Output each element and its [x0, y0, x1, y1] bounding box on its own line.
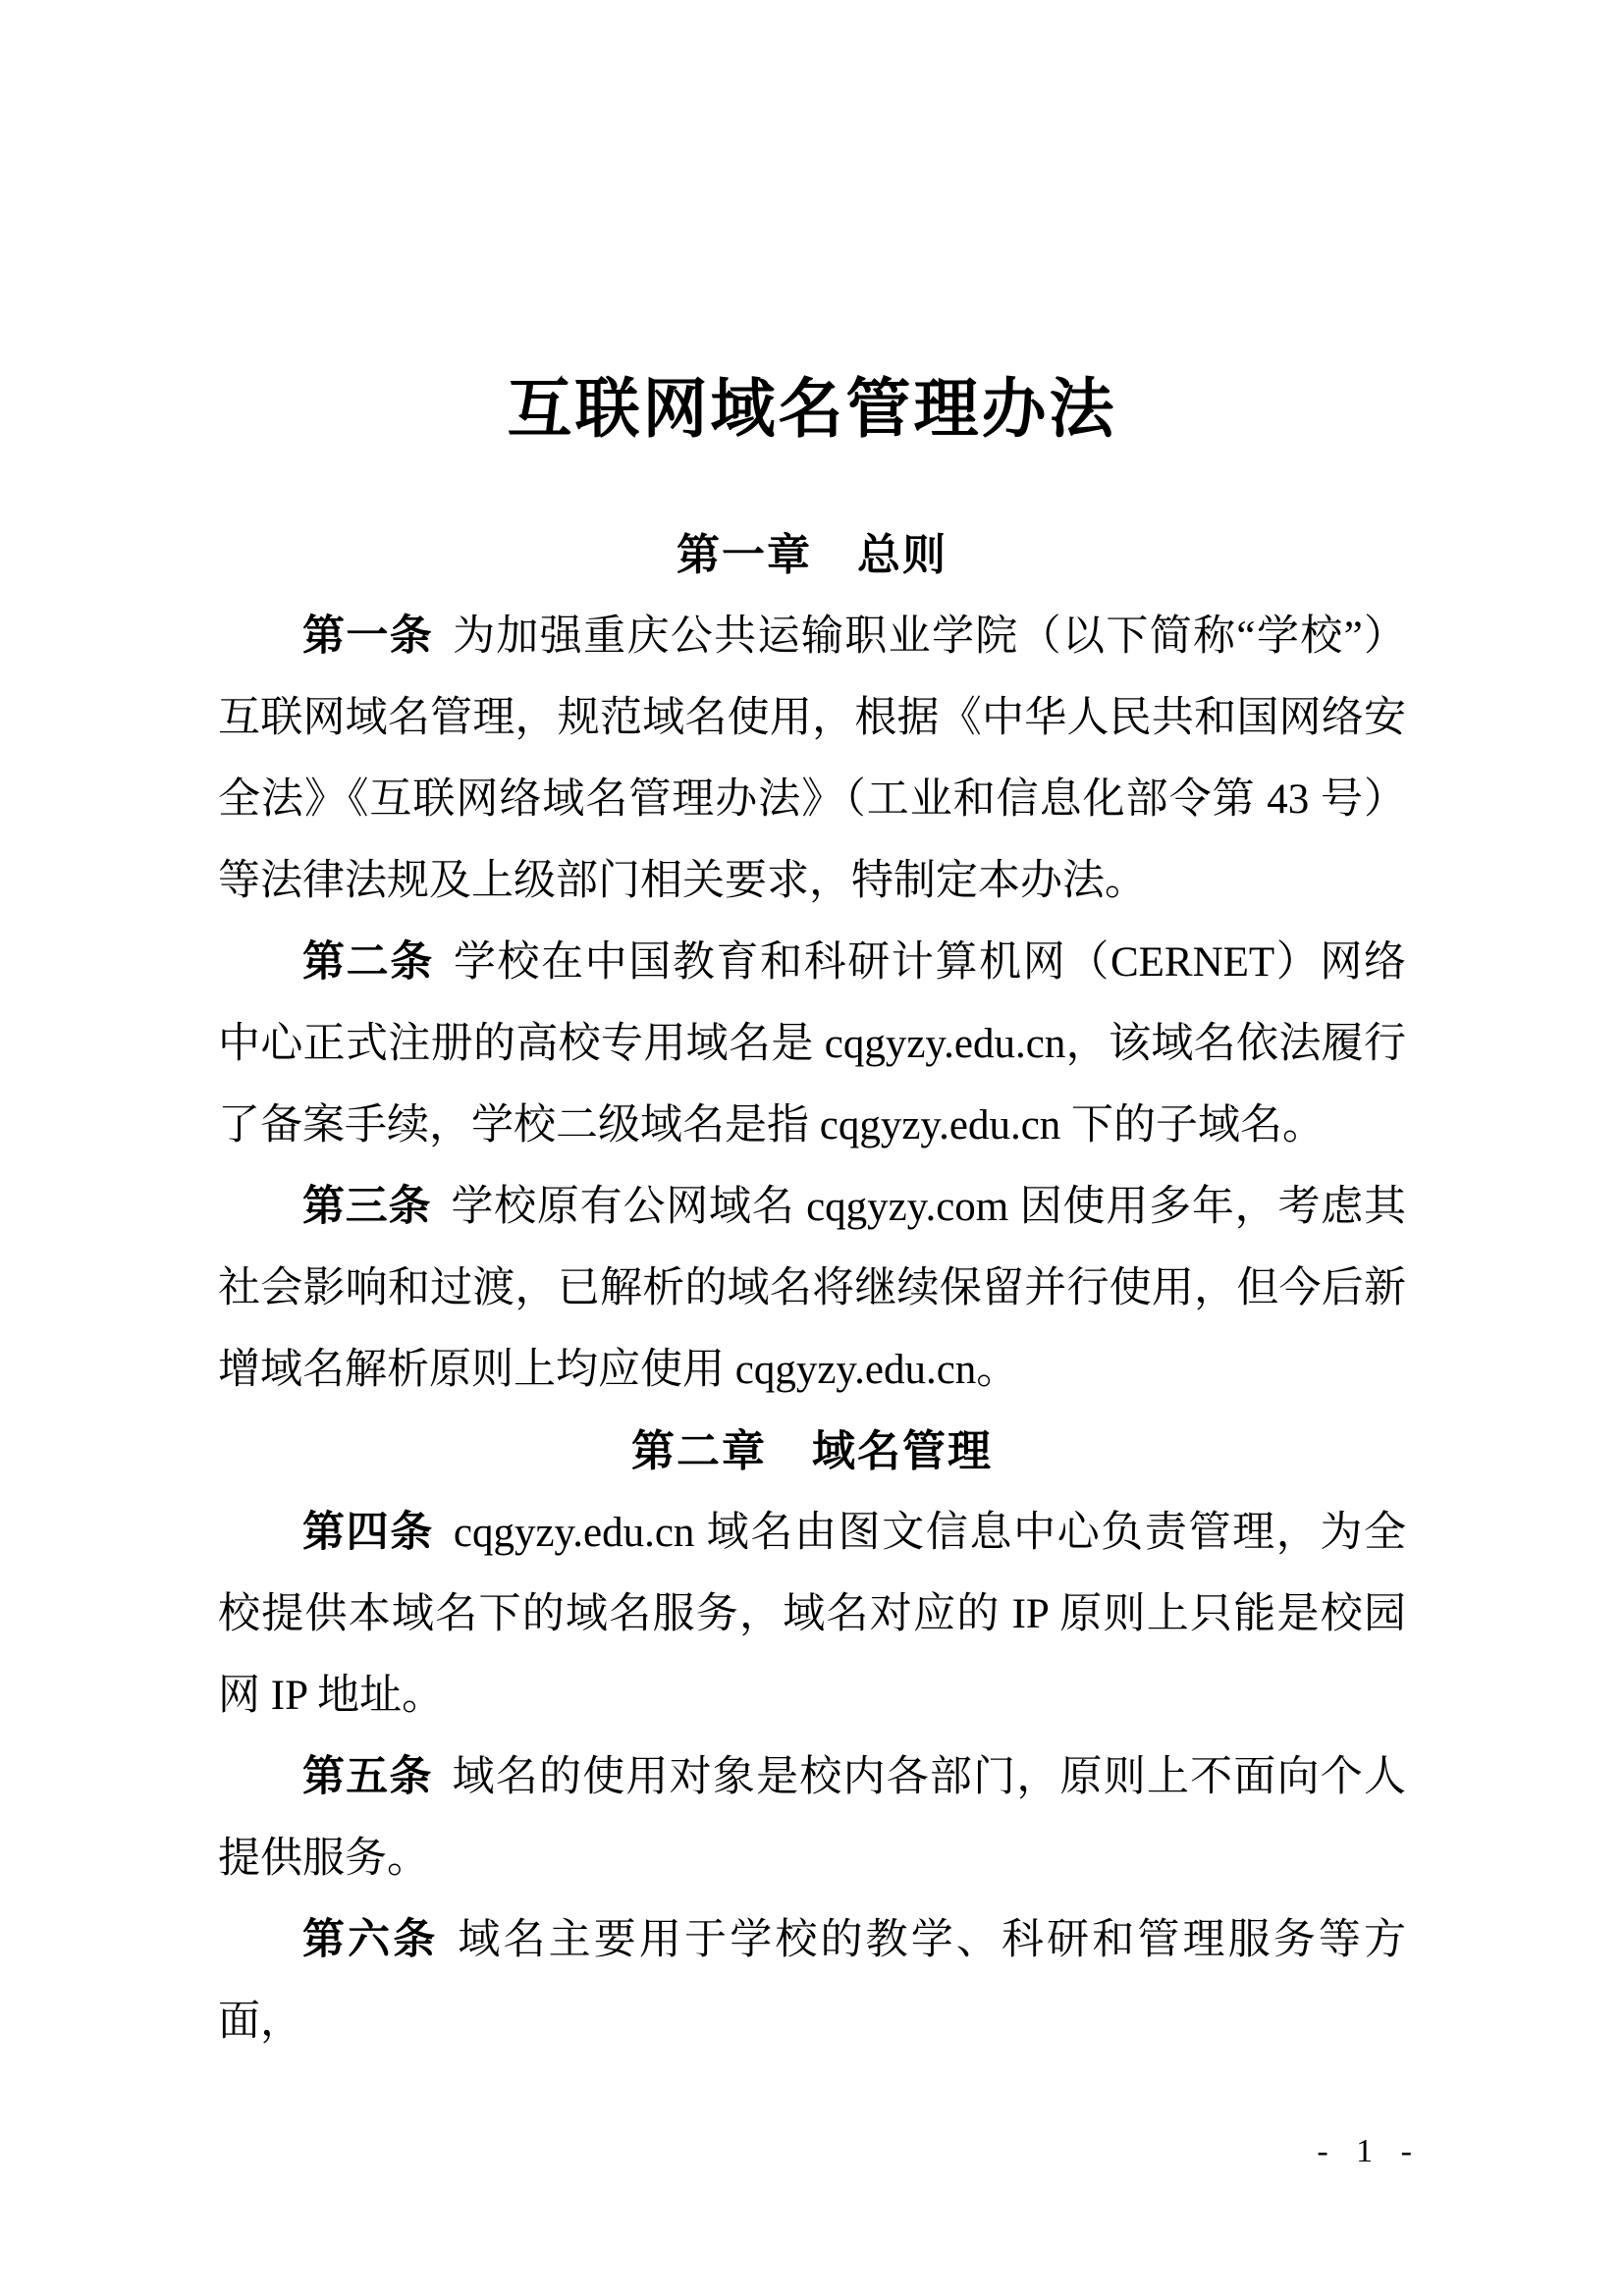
- article-4-paragraph: 第四条cqgyzy.edu.cn 域名由图文信息中心负责管理，为全校提供本域名下…: [218, 1492, 1406, 1736]
- article-4-lead: 第四条: [302, 1509, 434, 1556]
- chapter-2-heading: 第二章 域名管理: [218, 1411, 1406, 1492]
- article-2-lead: 第二条: [302, 938, 434, 986]
- article-6-lead: 第六条: [302, 1916, 438, 1963]
- article-5-lead: 第五条: [302, 1753, 433, 1800]
- page-number: - 1 -: [1317, 2132, 1422, 2171]
- article-5-paragraph: 第五条域名的使用对象是校内各部门，原则上不面向个人提供服务。: [218, 1736, 1406, 1899]
- article-2-paragraph: 第二条学校在中国教育和科研计算机网（CERNET）网络中心正式注册的高校专用域名…: [218, 922, 1406, 1166]
- article-6-paragraph: 第六条域名主要用于学校的教学、科研和管理服务等方面，: [218, 1899, 1406, 2062]
- article-1-paragraph: 第一条为加强重庆公共运输职业学院（以下简称“学校”）互联网域名管理，规范域名使用…: [218, 596, 1406, 922]
- document-content: 互联网域名管理办法 第一章 总则 第一条为加强重庆公共运输职业学院（以下简称“学…: [218, 0, 1406, 2062]
- document-page: 互联网域名管理办法 第一章 总则 第一条为加强重庆公共运输职业学院（以下简称“学…: [0, 0, 1624, 2296]
- chapter-1-heading: 第一章 总则: [218, 533, 1406, 578]
- article-3-paragraph: 第三条学校原有公网域名 cqgyzy.com 因使用多年，考虑其社会影响和过渡，…: [218, 1166, 1406, 1411]
- document-title: 互联网域名管理办法: [218, 376, 1406, 445]
- article-3-lead: 第三条: [302, 1183, 431, 1230]
- article-1-lead: 第一条: [302, 613, 433, 660]
